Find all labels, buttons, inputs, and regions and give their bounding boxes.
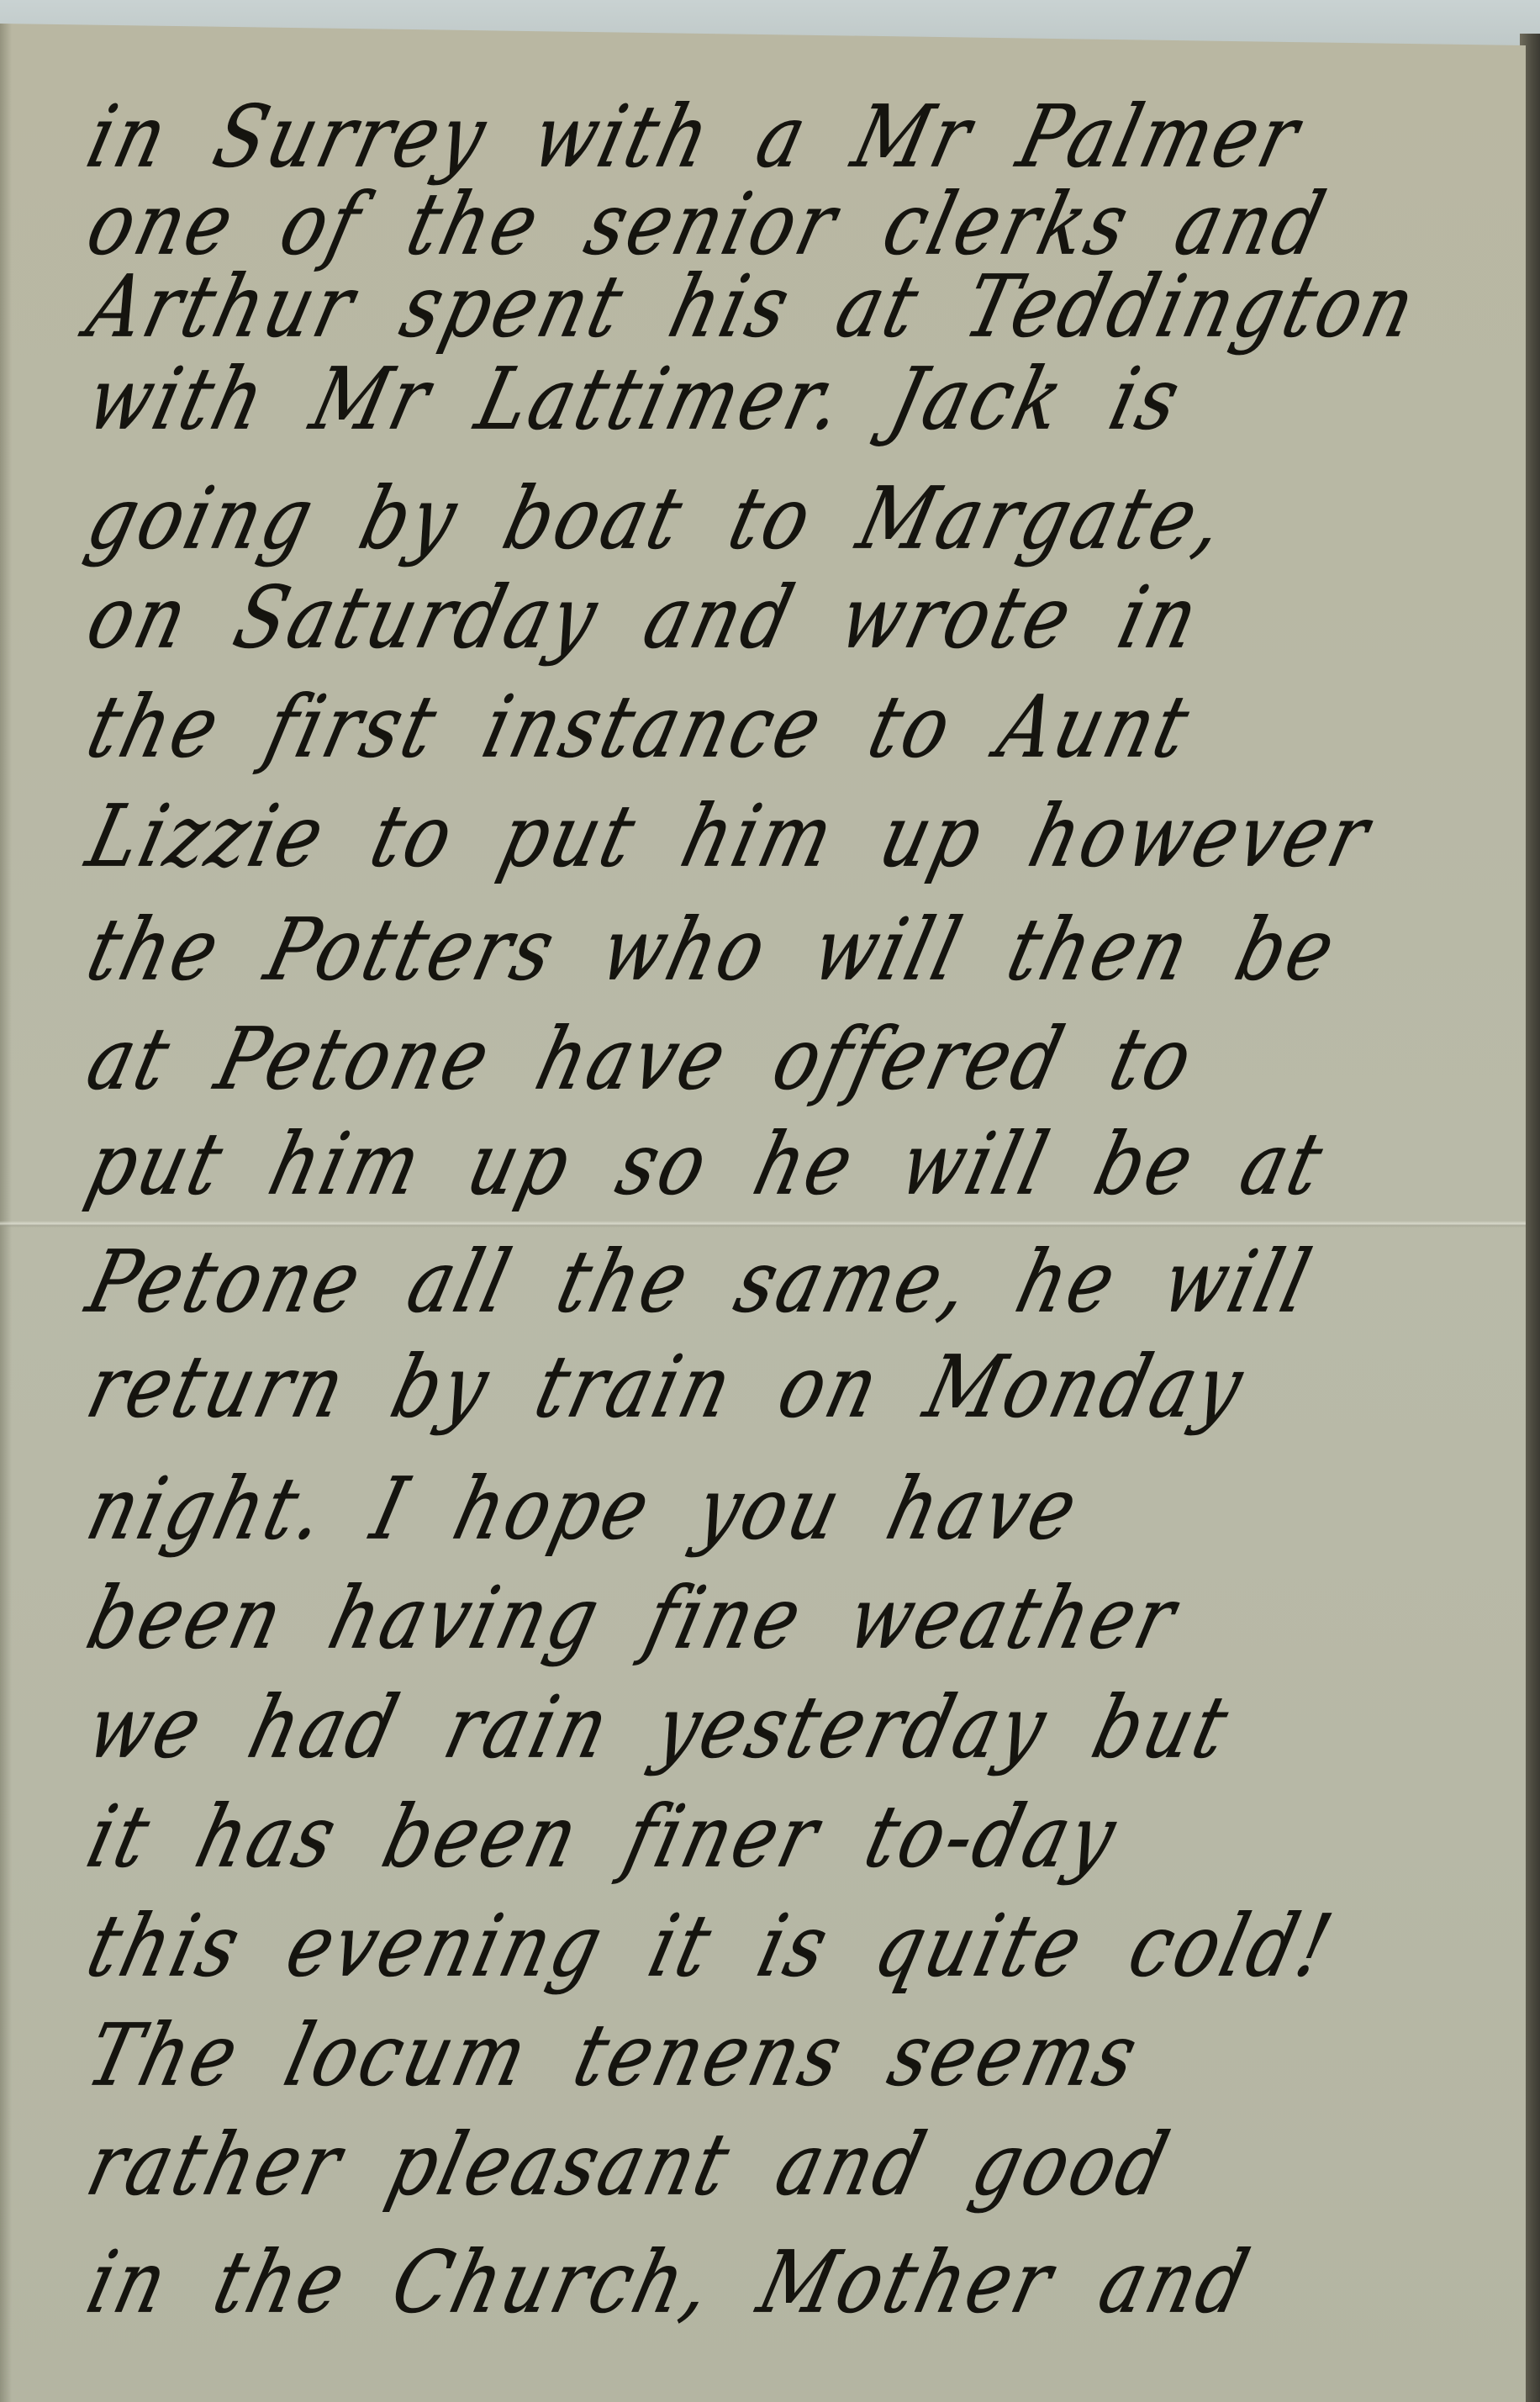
text-line-20: rather pleasant and good [80, 2123, 1513, 2208]
text-line-11: put him up so he will be at [80, 1122, 1513, 1207]
text-line-9: the Potters who will then be [80, 908, 1513, 993]
text-line-2: one of the senior clerks and [80, 182, 1513, 267]
text-line-14: night. I hope you have [80, 1467, 1513, 1552]
text-line-21: in the Church, Mother and [80, 2241, 1513, 2325]
text-line-1: in Surrey with a Mr Palmer [80, 95, 1513, 180]
handwritten-text: in Surrey with a Mr Palmer one of the se… [0, 0, 1526, 2402]
text-line-7: the first instance to Aunt [80, 685, 1513, 770]
text-line-16: we had rain yesterday but [80, 1686, 1513, 1771]
text-line-13: return by train on Monday [80, 1345, 1513, 1430]
text-line-15: been having fine weather [80, 1576, 1513, 1661]
text-line-19: The locum tenens seems [80, 2014, 1513, 2098]
letter-page: in Surrey with a Mr Palmer one of the se… [0, 0, 1526, 2402]
text-line-4: with Mr Lattimer. Jack is [80, 357, 1513, 442]
text-line-18: this evening it is quite cold! [80, 1904, 1513, 1989]
text-line-3: Arthur spent his at Teddington [80, 265, 1513, 350]
text-line-12: Petone all the same, he will [80, 1240, 1513, 1325]
text-line-5: going by boat to Margate, [80, 477, 1513, 562]
text-line-6: on Saturday and wrote in [80, 576, 1513, 661]
text-line-10: at Petone have offered to [80, 1017, 1513, 1102]
text-line-17: it has been finer to-day [80, 1795, 1513, 1880]
text-line-8: Lizzie to put him up however [80, 795, 1513, 879]
